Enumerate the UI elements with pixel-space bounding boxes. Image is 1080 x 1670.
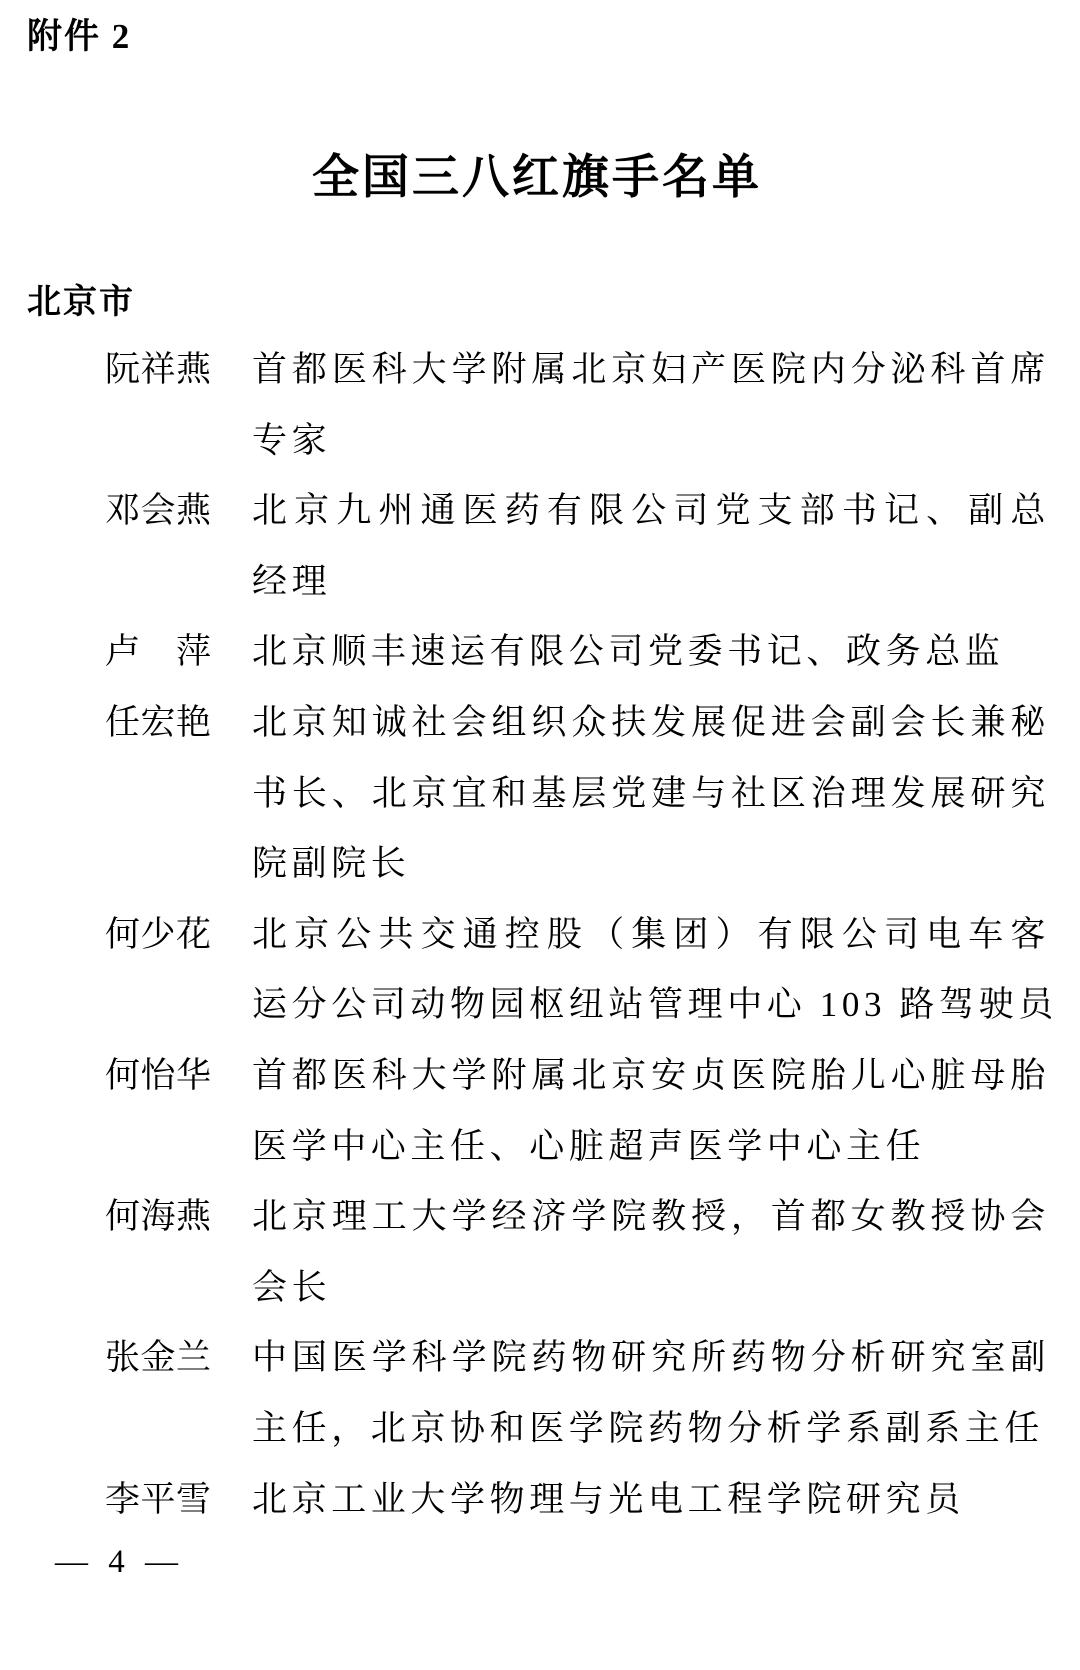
honoree-entry: 何少花 北京公共交通控股（集团）有限公司电车客运分公司动物园枢纽站管理中心 10… (0, 900, 1080, 1041)
honoree-description: 北京知诚社会组织众扶发展促进会副会长兼秘书长、北京宜和基层党建与社区治理发展研究… (252, 688, 1050, 900)
honoree-description: 北京顺丰速运有限公司党委书记、政务总监 (252, 617, 1050, 688)
honoree-description-line: 专家 (252, 406, 1050, 477)
honoree-entry: 张金兰 中国医学科学院药物研究所药物分析研究室副主任，北京协和医学院药物分析学系… (0, 1323, 1080, 1464)
honoree-name: 张金兰 (105, 1323, 211, 1394)
attachment-label: 附件 2 (27, 14, 131, 60)
honoree-description-line: 经理 (252, 547, 1050, 618)
honoree-description: 北京工业大学物理与光电工程学院研究员 (252, 1465, 1050, 1536)
honoree-entry: 阮祥燕 首都医科大学附属北京妇产医院内分泌科首席专家 (0, 335, 1080, 476)
honoree-description: 中国医学科学院药物研究所药物分析研究室副主任，北京协和医学院药物分析学系副系主任 (252, 1323, 1050, 1464)
honoree-name: 何海燕 (105, 1182, 211, 1253)
honoree-description-line: 首都医科大学附属北京妇产医院内分泌科首席 (252, 335, 1050, 406)
honoree-description-line: 首都医科大学附属北京安贞医院胎儿心脏母胎 (252, 1041, 1050, 1112)
honoree-name: 任宏艳 (105, 688, 211, 759)
honoree-entry: 卢萍 北京顺丰速运有限公司党委书记、政务总监 (0, 617, 1080, 688)
honoree-name: 何怡华 (105, 1041, 211, 1112)
honoree-description: 首都医科大学附属北京安贞医院胎儿心脏母胎医学中心主任、心脏超声医学中心主任 (252, 1041, 1050, 1182)
section-heading-beijing: 北京市 (27, 281, 135, 323)
honoree-entry: 李平雪 北京工业大学物理与光电工程学院研究员 (0, 1465, 1080, 1536)
honoree-entry: 何海燕 北京理工大学经济学院教授，首都女教授协会会长 (0, 1182, 1080, 1323)
honoree-description: 首都医科大学附属北京妇产医院内分泌科首席专家 (252, 335, 1050, 476)
document-page: 附件 2 全国三八红旗手名单 北京市 阮祥燕 首都医科大学附属北京妇产医院内分泌… (0, 0, 1080, 1670)
honoree-entry: 任宏艳 北京知诚社会组织众扶发展促进会副会长兼秘书长、北京宜和基层党建与社区治理… (0, 688, 1080, 900)
honoree-description-line: 北京顺丰速运有限公司党委书记、政务总监 (252, 617, 1050, 688)
honoree-description-line: 会长 (252, 1253, 1050, 1324)
page-number: — 4 — (55, 1540, 184, 1584)
honoree-name: 李平雪 (105, 1465, 211, 1536)
honoree-description-line: 北京理工大学经济学院教授，首都女教授协会 (252, 1182, 1050, 1253)
honoree-description: 北京九州通医药有限公司党支部书记、副总经理 (252, 476, 1050, 617)
document-title: 全国三八红旗手名单 (0, 146, 1074, 210)
honoree-description-line: 运分公司动物园枢纽站管理中心 103 路驾驶员 (252, 970, 1050, 1041)
honoree-description: 北京理工大学经济学院教授，首都女教授协会会长 (252, 1182, 1050, 1323)
honoree-name: 阮祥燕 (105, 335, 211, 406)
honoree-description-line: 主任，北京协和医学院药物分析学系副系主任 (252, 1394, 1050, 1465)
honoree-name: 邓会燕 (105, 476, 211, 547)
honoree-description-line: 医学中心主任、心脏超声医学中心主任 (252, 1112, 1050, 1183)
honoree-description-line: 中国医学科学院药物研究所药物分析研究室副 (252, 1323, 1050, 1394)
honoree-list: 阮祥燕 首都医科大学附属北京妇产医院内分泌科首席专家 邓会燕 北京九州通医药有限… (0, 335, 1080, 1535)
honoree-entry: 邓会燕 北京九州通医药有限公司党支部书记、副总经理 (0, 476, 1080, 617)
honoree-name: 何少花 (105, 900, 211, 971)
honoree-description-line: 北京九州通医药有限公司党支部书记、副总 (252, 476, 1050, 547)
honoree-description-line: 北京工业大学物理与光电工程学院研究员 (252, 1465, 1050, 1536)
honoree-name: 卢萍 (105, 617, 211, 688)
honoree-description-line: 北京公共交通控股（集团）有限公司电车客 (252, 900, 1050, 971)
honoree-description: 北京公共交通控股（集团）有限公司电车客运分公司动物园枢纽站管理中心 103 路驾… (252, 900, 1050, 1041)
honoree-description-line: 书长、北京宜和基层党建与社区治理发展研究 (252, 759, 1050, 830)
honoree-description-line: 北京知诚社会组织众扶发展促进会副会长兼秘 (252, 688, 1050, 759)
honoree-entry: 何怡华 首都医科大学附属北京安贞医院胎儿心脏母胎医学中心主任、心脏超声医学中心主… (0, 1041, 1080, 1182)
honoree-description-line: 院副院长 (252, 829, 1050, 900)
